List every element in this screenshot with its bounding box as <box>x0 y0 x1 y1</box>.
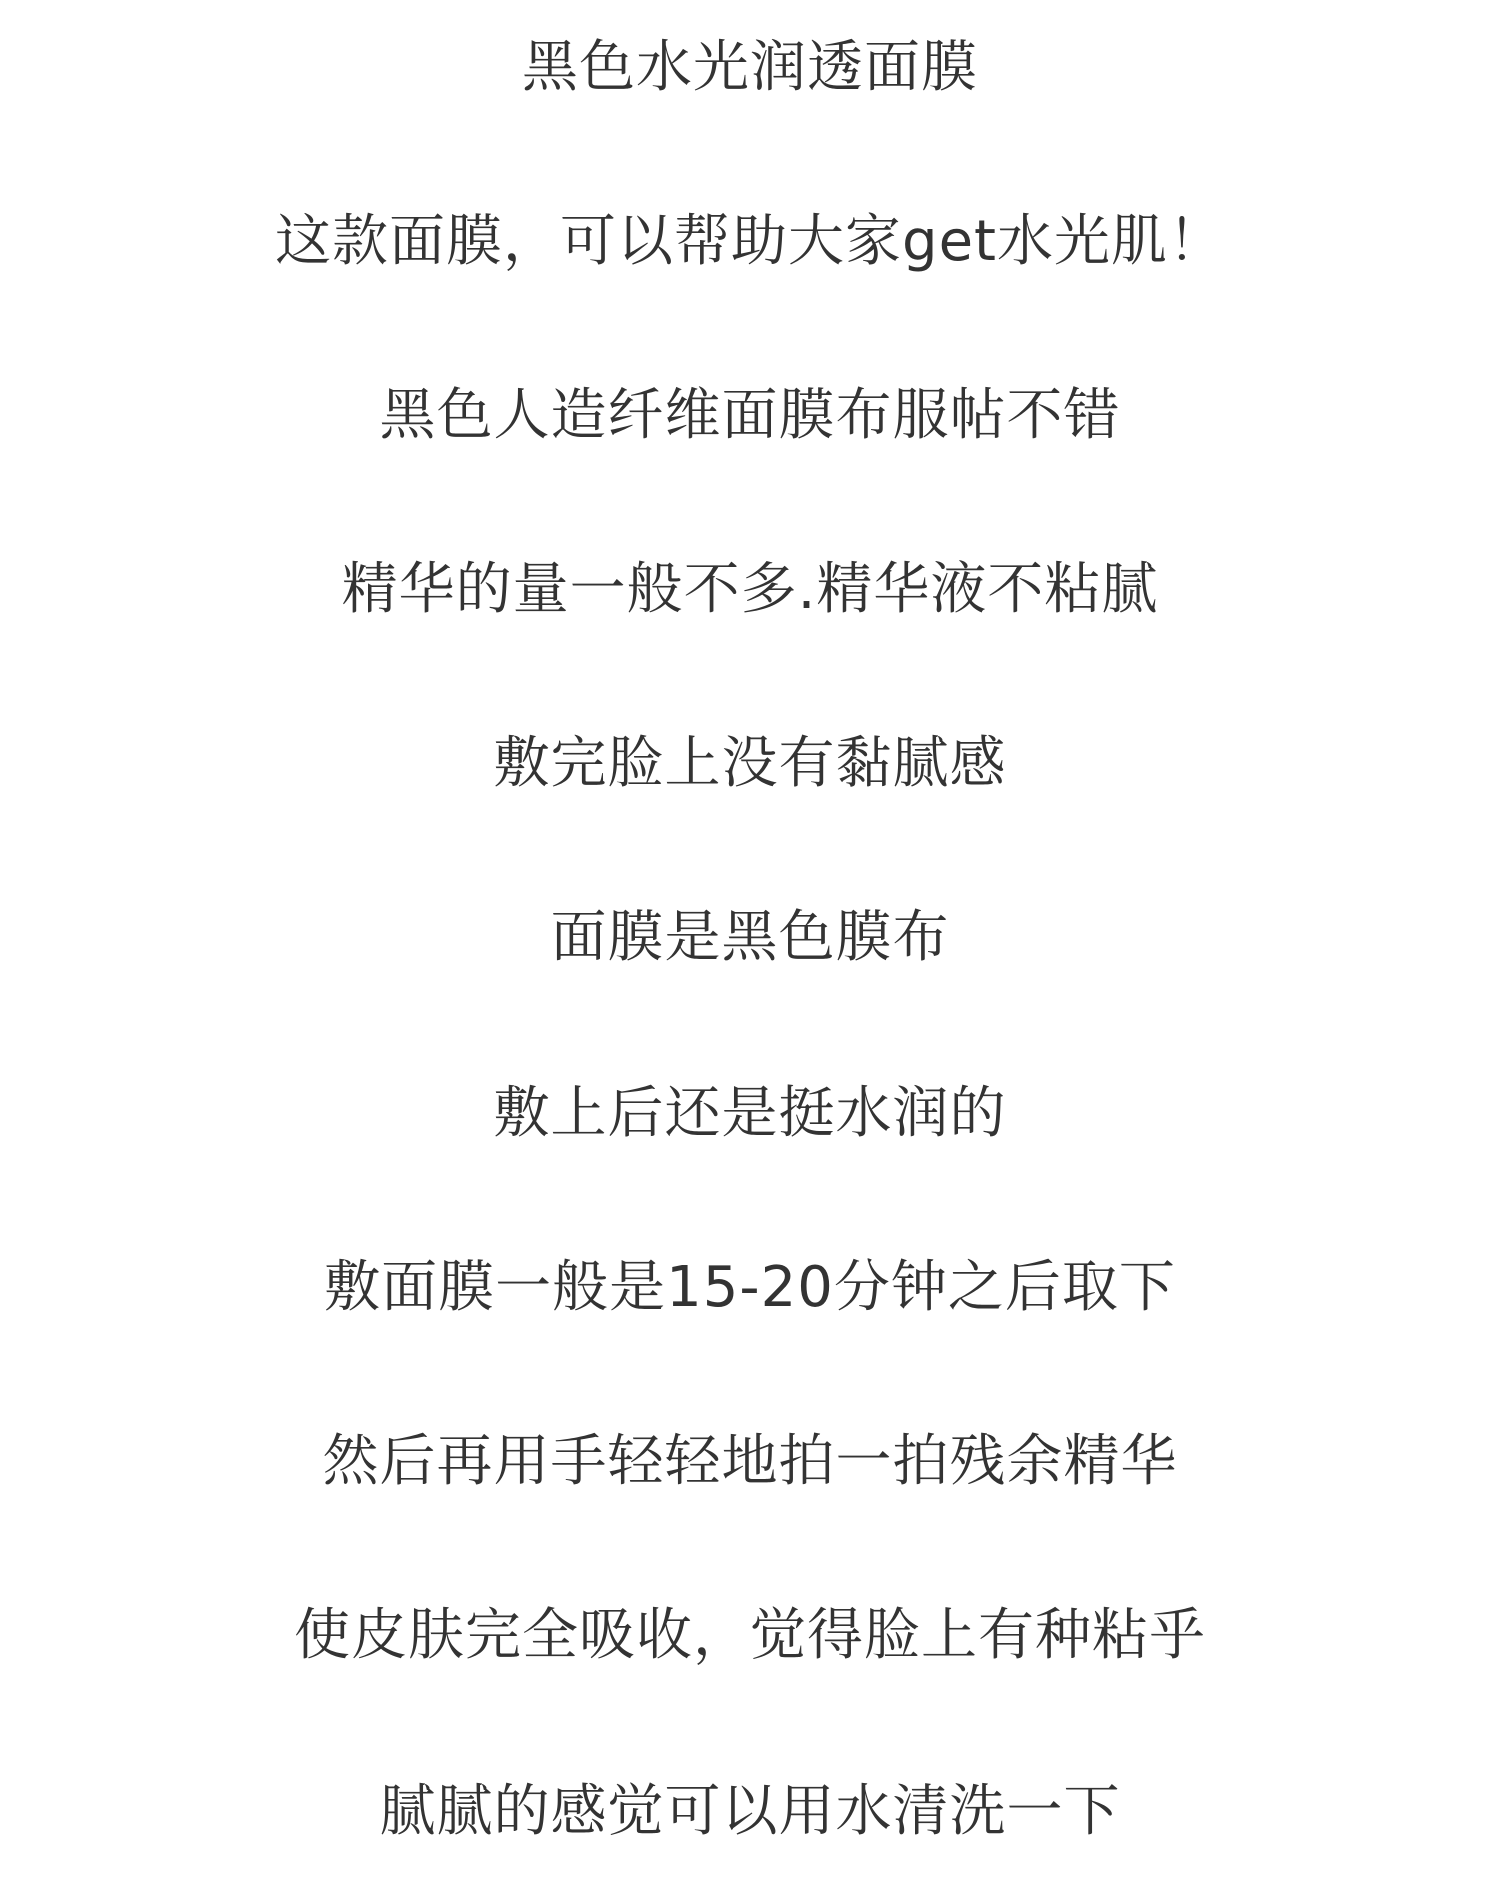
document-title: 黑色水光润透面膜 <box>0 28 1500 108</box>
text-line: 敷上后还是挺水润的 <box>0 1074 1500 1154</box>
text-line: 腻腻的感觉可以用水清洗一下 <box>0 1772 1500 1852</box>
text-line: 然后再用手轻轻地拍一拍残余精华 <box>0 1422 1500 1502</box>
text-line: 敷面膜一般是15-20分钟之后取下 <box>0 1248 1500 1328</box>
text-line: 这款面膜，可以帮助大家get水光肌！ <box>0 202 1500 282</box>
document-page: 黑色水光润透面膜 这款面膜，可以帮助大家get水光肌！ 黑色人造纤维面膜布服帖不… <box>0 0 1500 1877</box>
text-line: 使皮肤完全吸收，觉得脸上有种粘乎 <box>0 1596 1500 1676</box>
text-line: 敷完脸上没有黏腻感 <box>0 724 1500 804</box>
text-line: 黑色人造纤维面膜布服帖不错 <box>0 376 1500 456</box>
text-line: 精华的量一般不多.精华液不粘腻 <box>0 550 1500 630</box>
text-line: 面膜是黑色膜布 <box>0 898 1500 978</box>
